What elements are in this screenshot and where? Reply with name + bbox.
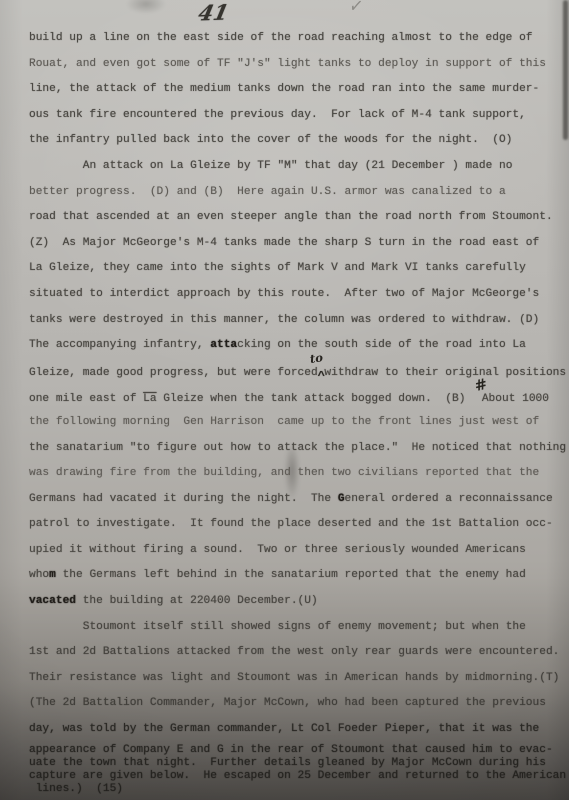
text-segment: La <box>143 393 156 405</box>
text-segment: About 1000 <box>482 393 549 405</box>
text-line: tanks were destroyed in this manner, the… <box>29 308 549 334</box>
text-segment: the Germans left behind in the sanatariu… <box>56 569 526 581</box>
text-line: line, the attack of the medium tanks dow… <box>29 77 549 103</box>
text-segment: m <box>49 569 56 581</box>
text-line: situated to interdict approach by this r… <box>29 282 549 308</box>
text-segment: the infantry pulled back into the cover … <box>29 134 512 146</box>
text-line: An attack on La Gleize by TF "M" that da… <box>29 154 549 180</box>
text-segment: road that ascended at an even steeper an… <box>29 211 553 223</box>
text-segment: Their resistance was light and Stoumont … <box>29 672 559 684</box>
text-segment: uate the town that night. Further detail… <box>29 757 546 769</box>
scan-edge-artifact <box>563 0 568 140</box>
text-line: vacated the building at 220400 December.… <box>29 589 549 615</box>
text-line: Gleize, made good progress, but were for… <box>29 359 549 385</box>
text-segment: An attack on La Gleize by TF "M" that da… <box>83 160 513 172</box>
text-segment: Germans had vacated it during the night.… <box>29 493 338 505</box>
text-segment: vacated <box>29 595 76 607</box>
text-segment: Gleize, made good progress, but were for… <box>29 367 318 379</box>
pencil-mark-icon: ✓ <box>348 0 365 19</box>
text-segment: (The 2d Battalion Commander, Major McCow… <box>29 697 546 709</box>
text-line: La Gleize, they came into the sights of … <box>29 256 549 282</box>
text-line: Rouat, and even got some of TF "J's" lig… <box>29 52 549 78</box>
text-segment: patrol to investigate. It found the plac… <box>29 518 553 530</box>
text-segment: withdraw to their original positions <box>324 367 566 379</box>
text-line: whom the Germans left behind in the sana… <box>29 563 549 589</box>
text-segment: who <box>29 569 49 581</box>
text-line: Their resistance was light and Stoumont … <box>29 666 549 692</box>
text-line: road that ascended at an even steeper an… <box>29 205 549 231</box>
text-line: the sanatarium "to figure out how to att… <box>29 436 549 462</box>
text-line: patrol to investigate. It found the plac… <box>29 512 549 538</box>
text-segment: Gleize when the tank attack bogged down.… <box>157 393 479 405</box>
text-segment: day, was told by the German commander, L… <box>29 723 539 735</box>
text-line: The accompanying infantry, attacking on … <box>29 333 549 359</box>
text-line: uate the town that night. Further detail… <box>29 757 549 770</box>
text-line: one mile east of La Gleize when the tank… <box>29 384 549 410</box>
text-segment: cking on the south side of the road into… <box>237 339 526 351</box>
text-segment: was drawing fire from the building, and … <box>29 467 539 479</box>
scanned-document: { "page": { "number": "41", "corner_mark… <box>0 0 569 800</box>
typewritten-text-block: build up a line on the east side of the … <box>29 26 549 796</box>
text-line: was drawing fire from the building, and … <box>29 461 549 487</box>
text-segment: capture are given below. He escaped on 2… <box>29 770 566 782</box>
text-segment: eneral ordered a reconnaissance <box>345 493 553 505</box>
text-line: better progress. (D) and (B) Here again … <box>29 180 549 206</box>
text-line: upied it without firing a sound. Two or … <box>29 538 549 564</box>
text-line: day, was told by the German commander, L… <box>29 717 549 743</box>
text-line: the infantry pulled back into the cover … <box>29 128 549 154</box>
text-line: (The 2d Battalion Commander, Major McCow… <box>29 691 549 717</box>
text-segment: Rouat, and even got some of TF "J's" lig… <box>29 58 546 70</box>
text-segment: atta <box>210 339 237 351</box>
caret-mark: ^ <box>317 365 324 391</box>
text-line: Germans had vacated it during the night.… <box>29 487 549 513</box>
text-segment: line, the attack of the medium tanks dow… <box>29 83 539 95</box>
text-segment: the building at 220400 December.(U) <box>76 595 318 607</box>
text-line: appearance of Company E and G in the rea… <box>29 743 549 757</box>
text-line: 1st and 2d Battalions attacked from the … <box>29 640 549 666</box>
text-segment: lines.) (15) <box>36 783 123 795</box>
text-segment: one mile east of <box>29 393 143 405</box>
text-segment: 1st and 2d Battalions attacked from the … <box>29 646 559 658</box>
text-segment: appearance of Company E and G in the rea… <box>29 744 553 756</box>
text-segment: G <box>338 493 345 505</box>
text-segment: the sanatarium "to figure out how to att… <box>29 442 566 454</box>
text-line: (Z) As Major McGeorge's M-4 tanks made t… <box>29 231 549 257</box>
text-segment: situated to interdict approach by this r… <box>29 288 539 300</box>
text-line: lines.) (15) <box>29 783 549 796</box>
text-line: capture are given below. He escaped on 2… <box>29 770 549 783</box>
page-number: 41 <box>196 0 231 26</box>
text-segment: ous tank fire encountered the previous d… <box>29 109 526 121</box>
text-segment: better progress. (D) and (B) Here again … <box>29 186 506 198</box>
text-segment: build up a line on the east side of the … <box>29 32 533 44</box>
text-segment: (Z) As Major McGeorge's M-4 tanks made t… <box>29 237 539 249</box>
text-segment: La Gleize, they came into the sights of … <box>29 262 526 274</box>
text-segment: tanks were destroyed in this manner, the… <box>29 314 539 326</box>
smudge-artifact <box>126 0 166 14</box>
text-segment: Stoumont itself still showed signs of en… <box>83 621 526 633</box>
text-line: ous tank fire encountered the previous d… <box>29 103 549 129</box>
text-segment: the following morning Gen Harrison came … <box>29 416 539 428</box>
document-page: 41 ✓ build up a line on the east side of… <box>0 0 569 800</box>
text-line: Stoumont itself still showed signs of en… <box>29 615 549 641</box>
text-segment: The accompanying infantry, <box>29 339 210 351</box>
text-line: build up a line on the east side of the … <box>29 26 549 52</box>
text-line: the following morning Gen Harrison came … <box>29 410 549 436</box>
text-segment: upied it without firing a sound. Two or … <box>29 544 526 556</box>
